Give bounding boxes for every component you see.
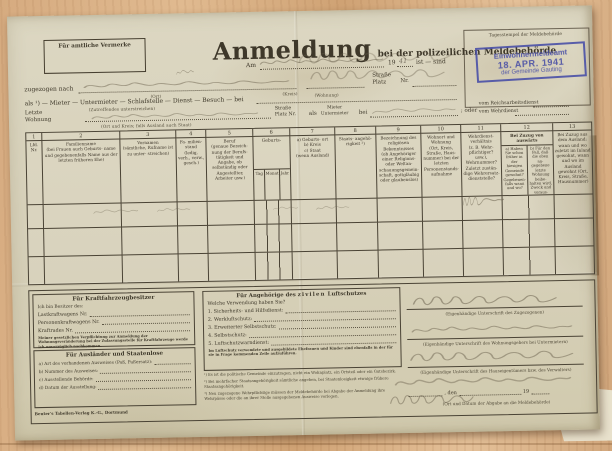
cell: [256, 252, 294, 280]
truck-blank: [89, 309, 189, 317]
cell: [122, 226, 179, 255]
year-blank2: [531, 388, 549, 394]
cell: [338, 251, 380, 279]
dwelling-blank: [306, 87, 364, 89]
registration-form-sheet: Für amtliche Vermerke Anmeldung bei der …: [7, 5, 600, 440]
col-header-geburtsort: a) Geburts- ort b) Kreis c) Staat (wenn …: [290, 135, 336, 200]
tenant-subtenant-stack: Mieter Untermieter: [321, 105, 349, 117]
car-blank: [102, 317, 190, 325]
foreigner-item-a-blank: [154, 358, 190, 365]
wohnung-caption: (Wohnung): [315, 92, 339, 97]
handwriting-mark: [388, 391, 498, 407]
zuzug-sub-b: b) Für den Fall, daß die oben an- gegebe…: [528, 145, 554, 196]
handwriting-mark: [308, 66, 448, 83]
air-raid-note: Im Luftschutz verwendete und ausgebildet…: [208, 345, 396, 358]
official-remarks-box: Für amtliche Vermerke: [43, 38, 146, 74]
cell: [556, 246, 595, 274]
handwriting-mark: [93, 206, 139, 217]
handwriting-mark-mai: [462, 193, 504, 208]
footnotes: ¹) Es ist die politische Gemeinde einzut…: [204, 369, 403, 403]
col-header-familienname: Familienname (bei Frauen auch Geburts- n…: [42, 140, 121, 205]
cell: [123, 254, 180, 282]
cell: [255, 224, 293, 253]
labor-service-blank: [533, 106, 569, 108]
footnote-3: ³) Neu zugezogene Wehrpflichtige müssen …: [204, 388, 402, 402]
vehicle-owner-box: Für Kraftfahrzeugbesitzer Ich bin Besitz…: [32, 291, 195, 348]
air-raid-heading-pre: Für Angehörige des: [236, 292, 295, 299]
handwriting-mark: [157, 205, 191, 215]
col-header-staatsangehoerigkeit: Staats- angehö- rigkeit ²): [335, 135, 377, 200]
geburt-tag: Tag: [254, 170, 266, 200]
foreigner-item-c-label: c) Ausstellende Behörde:: [39, 377, 94, 383]
cell: [464, 248, 505, 276]
handwriting-mark: [176, 67, 194, 77]
col-header-bekenntnis: Bezeichnung des religiösen Bekenntnisses…: [376, 134, 422, 199]
cell: [209, 253, 257, 281]
table-header-row: Lfd. Nr. Familienname (bei Frauen auch G…: [26, 130, 592, 205]
col-header-wohnort: Wohnort und Wohnung (Ort, Kreis, Straße,…: [421, 133, 462, 198]
last-dwelling-caption: (Ort und Kreis; falls Ausland auch Staat…: [101, 122, 192, 129]
cell: [555, 194, 593, 219]
handwriting-mark: [89, 108, 259, 123]
foreigner-item-b-blank: [100, 366, 191, 374]
cell: [503, 219, 556, 248]
cell: [504, 247, 557, 275]
cell: [337, 223, 379, 252]
air-raid-item-2-label: 2. Werkluftschutz:: [208, 317, 252, 323]
geburts-label: Geburts-: [253, 136, 290, 169]
cell: [292, 223, 338, 252]
zuzug-sub-a: a) Haben Sie schon früher in der hiesige…: [502, 145, 529, 196]
military-service-label: vom Wehrdienst: [479, 109, 518, 115]
bei-label: bei: [359, 110, 368, 116]
col-header-wehrdienst: Wehrdienst- verhältnis (z. B. Wehr- pfli…: [461, 132, 502, 197]
cell: [208, 201, 255, 226]
als-label: als: [309, 111, 317, 117]
moved-to-label: zugezogen nach: [24, 85, 73, 93]
cell: [378, 222, 424, 251]
geburt-jahr: Jahr: [280, 169, 291, 199]
col-header-geburt: Geburts- Tag Monat Jahr: [253, 136, 291, 201]
cell: [503, 195, 555, 220]
foreigner-item-b-label: b) Nummer des Ausweises:: [39, 369, 98, 375]
cell: [28, 229, 45, 257]
air-raid-box: Für Angehörige des zivilen Luftschutzes …: [202, 287, 401, 371]
air-raid-item-5-label: 5. Luftschutzwarndienst:: [208, 341, 269, 347]
cell: [29, 257, 46, 284]
cell: [423, 221, 464, 250]
field-am-label: Am: [246, 62, 256, 69]
cell: [179, 254, 210, 282]
handwriting-mark: [296, 48, 456, 67]
cell: [28, 205, 44, 229]
air-raid-heading-post: Luftschutzes: [328, 291, 367, 298]
col-header-vornamen: Vornamen (sämtliche, Rufname ist zu unte…: [120, 138, 177, 203]
foreigner-item-a-label: a) Art des vorhandenen Ausweises (Paß, P…: [39, 360, 153, 367]
oder-label: ; oder: [461, 108, 477, 114]
registration-table: 1 2 3 4 5 6 7 8 9 10 11 12 13 Lfd. Nr. F…: [25, 121, 595, 285]
handwriting-mark: [371, 104, 457, 118]
air-raid-item-1-label: 1. Sicherheits- und Hilfsdienst:: [208, 308, 284, 314]
cell: [378, 198, 423, 223]
military-service-blank: [515, 114, 569, 116]
handwriting-mark: [316, 203, 350, 213]
truck-label: Lastkraftwagens Nr.: [38, 312, 88, 318]
cell: [208, 225, 256, 254]
air-raid-item-4-label: 4. Selbstschutz:: [208, 333, 247, 339]
col-header-zuzug-ausland: Bei Zuzug aus dem Ausland: wann und wo z…: [553, 130, 592, 195]
col-header-familienstand: Fa- milien- stand (ledig, verh., verw., …: [176, 138, 207, 203]
cell: [379, 250, 425, 278]
official-remarks-label: Für amtliche Vermerke: [45, 42, 145, 50]
col-header-lfd-nr: Lfd. Nr.: [26, 141, 43, 205]
cell: [293, 251, 339, 279]
col-header-beruf: Beruf (genaue Bezeich- nung der Berufs- …: [206, 137, 254, 202]
cell: [555, 218, 594, 247]
last-dwelling-label: Letzte Wohnung: [25, 110, 52, 125]
street-nr-blank: [412, 85, 456, 87]
einwohnermeldeamt-stamp: Einwohnermeldeamt 18. APR. 1941 der Geme…: [475, 41, 587, 83]
air-raid-item-3-blank: [278, 321, 396, 329]
air-raid-heading-em: zivilen: [298, 292, 326, 299]
cell: [423, 197, 463, 222]
motorcycle-blank: [75, 325, 190, 333]
cell: [463, 220, 504, 249]
motorcycle-label: Kraftrades Nr.: [38, 328, 73, 334]
handwriting-mark: [392, 370, 572, 391]
air-raid-item-1-blank: [285, 305, 395, 313]
cell: [178, 226, 209, 255]
tenancy-bei-blank: [257, 99, 457, 104]
car-label: Personenkraftwagens Nr.: [38, 320, 100, 326]
cell: [45, 255, 124, 283]
foreigner-box: Für Ausländer und Staatenlose a) Art des…: [33, 347, 196, 408]
zuzug-title: Bei Zuzug von auswärts: [501, 131, 552, 145]
foreigner-item-c-blank: [95, 374, 191, 382]
street-square-nr-stack: Straße Platz Nr.: [275, 106, 296, 119]
foreigner-item-d-label: d) Datum der Ausstellung:: [39, 385, 97, 391]
air-raid-item-5-blank: [271, 337, 396, 345]
cell: [424, 249, 465, 277]
air-raid-item-3-label: 3. Erweiterter Selbstschutz:: [208, 325, 277, 331]
handwriting-mark: [273, 204, 303, 213]
foreigner-item-d-blank: [99, 382, 192, 390]
foreigner-item-d: d) Datum der Ausstellung:: [39, 382, 191, 391]
cell: [44, 227, 123, 256]
col-header-zuzug-auswaerts: Bei Zuzug von auswärts a) Haben Sie scho…: [501, 131, 554, 196]
kreis-caption: (Kreis): [282, 91, 297, 96]
geburt-monat: Monat: [265, 169, 280, 199]
year-19-label: 19: [523, 389, 529, 395]
